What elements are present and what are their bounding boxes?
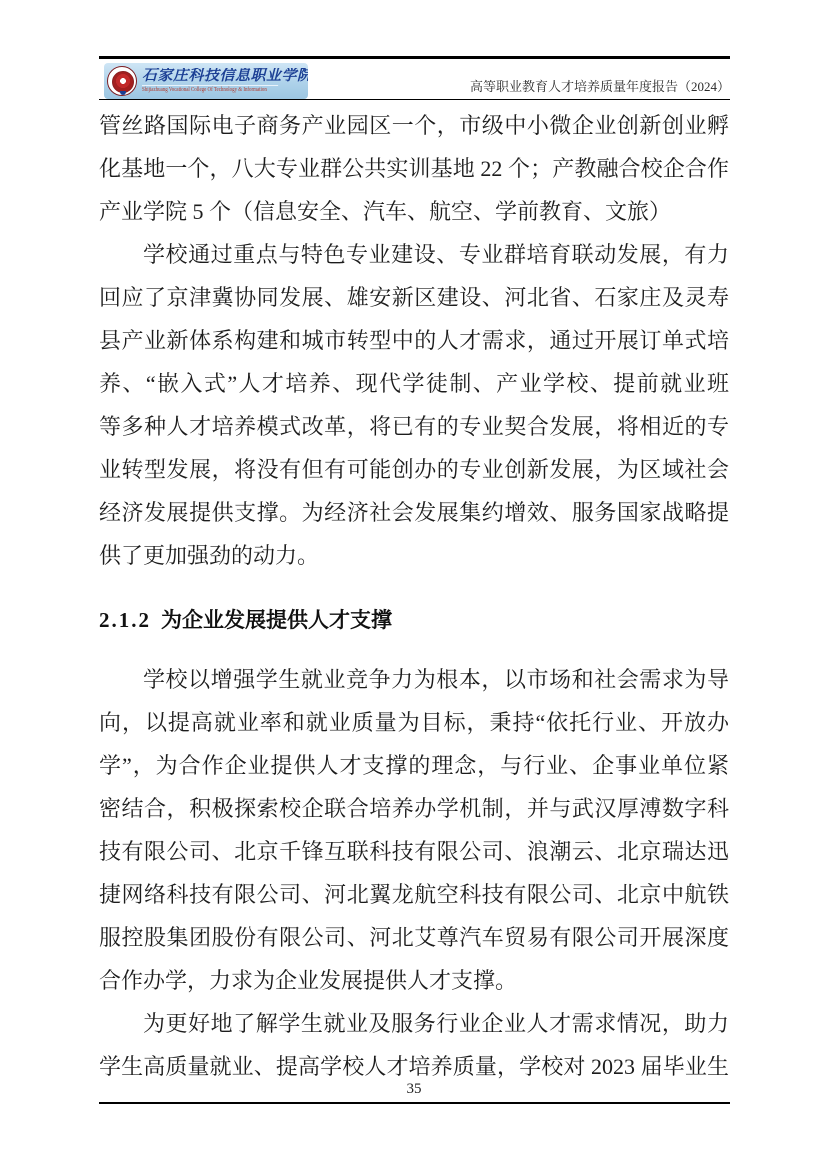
body-line: 学校通过重点与特色专业建设、专业群培育联动发展，有力 bbox=[99, 233, 729, 276]
body-line: 业转型发展，将没有但有可能创办的专业创新发展，为区域社会 bbox=[99, 448, 729, 491]
body-line: 等多种人才培养模式改革，将已有的专业契合发展，将相近的专 bbox=[99, 405, 729, 448]
body-line: 化基地一个，八大专业群公共实训基地 22 个；产教融合校企合作 bbox=[99, 147, 729, 190]
body-line: 县产业新体系构建和城市转型中的人才需求，通过开展订单式培 bbox=[99, 319, 729, 362]
footer-rule bbox=[99, 1102, 730, 1104]
body-line: 供了更加强劲的动力。 bbox=[99, 534, 729, 577]
body-line: 回应了京津冀协同发展、雄安新区建设、河北省、石家庄及灵寿 bbox=[99, 276, 729, 319]
body-line: 学”，为合作企业提供人才支撑的理念，与行业、企事业单位紧 bbox=[99, 744, 729, 787]
body-line: 向，以提高就业率和就业质量为目标，秉持“依托行业、开放办 bbox=[99, 701, 729, 744]
body-line: 为更好地了解学生就业及服务行业企业人才需求情况，助力 bbox=[99, 1002, 729, 1045]
body-line: 养、“嵌入式”人才培养、现代学徒制、产业学校、提前就业班 bbox=[99, 362, 729, 405]
college-logo-text: 石家庄科技信息职业学院 Shijiazhuang Vocational Coll… bbox=[142, 68, 308, 94]
body-line: 经济发展提供支撑。为经济社会发展集约增效、服务国家战略提 bbox=[99, 491, 729, 534]
section-heading: 2.1.2为企业发展提供人才支撑 bbox=[99, 599, 729, 642]
body-line: 学校以增强学生就业竞争力为根本，以市场和社会需求为导 bbox=[99, 658, 729, 701]
body-line: 产业学院 5 个（信息安全、汽车、航空、学前教育、文旅） bbox=[99, 190, 729, 233]
body-line: 服控股集团股份有限公司、河北艾尊汽车贸易有限公司开展深度 bbox=[99, 916, 729, 959]
college-name-zh: 石家庄科技信息职业学院 bbox=[142, 68, 308, 85]
header-top-rule bbox=[99, 56, 730, 59]
body-line: 捷网络科技有限公司、河北翼龙航空科技有限公司、北京中航铁 bbox=[99, 873, 729, 916]
body-line: 技有限公司、北京千锋互联科技有限公司、浪潮云、北京瑞达迅 bbox=[99, 830, 729, 873]
header-bottom-rule bbox=[99, 99, 730, 100]
section-heading-number: 2.1.2 bbox=[99, 608, 151, 632]
document-page: 石家庄科技信息职业学院 Shijiazhuang Vocational Coll… bbox=[0, 0, 827, 1169]
body-line: 合作办学，力求为企业发展提供人才支撑。 bbox=[99, 959, 729, 1002]
body-line: 管丝路国际电子商务产业园区一个，市级中小微企业创新创业孵 bbox=[99, 104, 729, 147]
section-heading-title: 为企业发展提供人才支撑 bbox=[161, 608, 392, 632]
college-name-en: Shijiazhuang Vocational College Of Techn… bbox=[142, 85, 278, 94]
document-body: 管丝路国际电子商务产业园区一个，市级中小微企业创新创业孵 化基地一个，八大专业群… bbox=[99, 104, 729, 1088]
page-number: 35 bbox=[99, 1081, 729, 1098]
college-emblem-icon bbox=[107, 66, 137, 96]
body-line: 密结合，积极探索校企联合培养办学机制，并与武汉厚溥数字科 bbox=[99, 787, 729, 830]
report-title: 高等职业教育人才培养质量年度报告（2024） bbox=[470, 76, 730, 95]
college-logo: 石家庄科技信息职业学院 Shijiazhuang Vocational Coll… bbox=[104, 63, 308, 99]
